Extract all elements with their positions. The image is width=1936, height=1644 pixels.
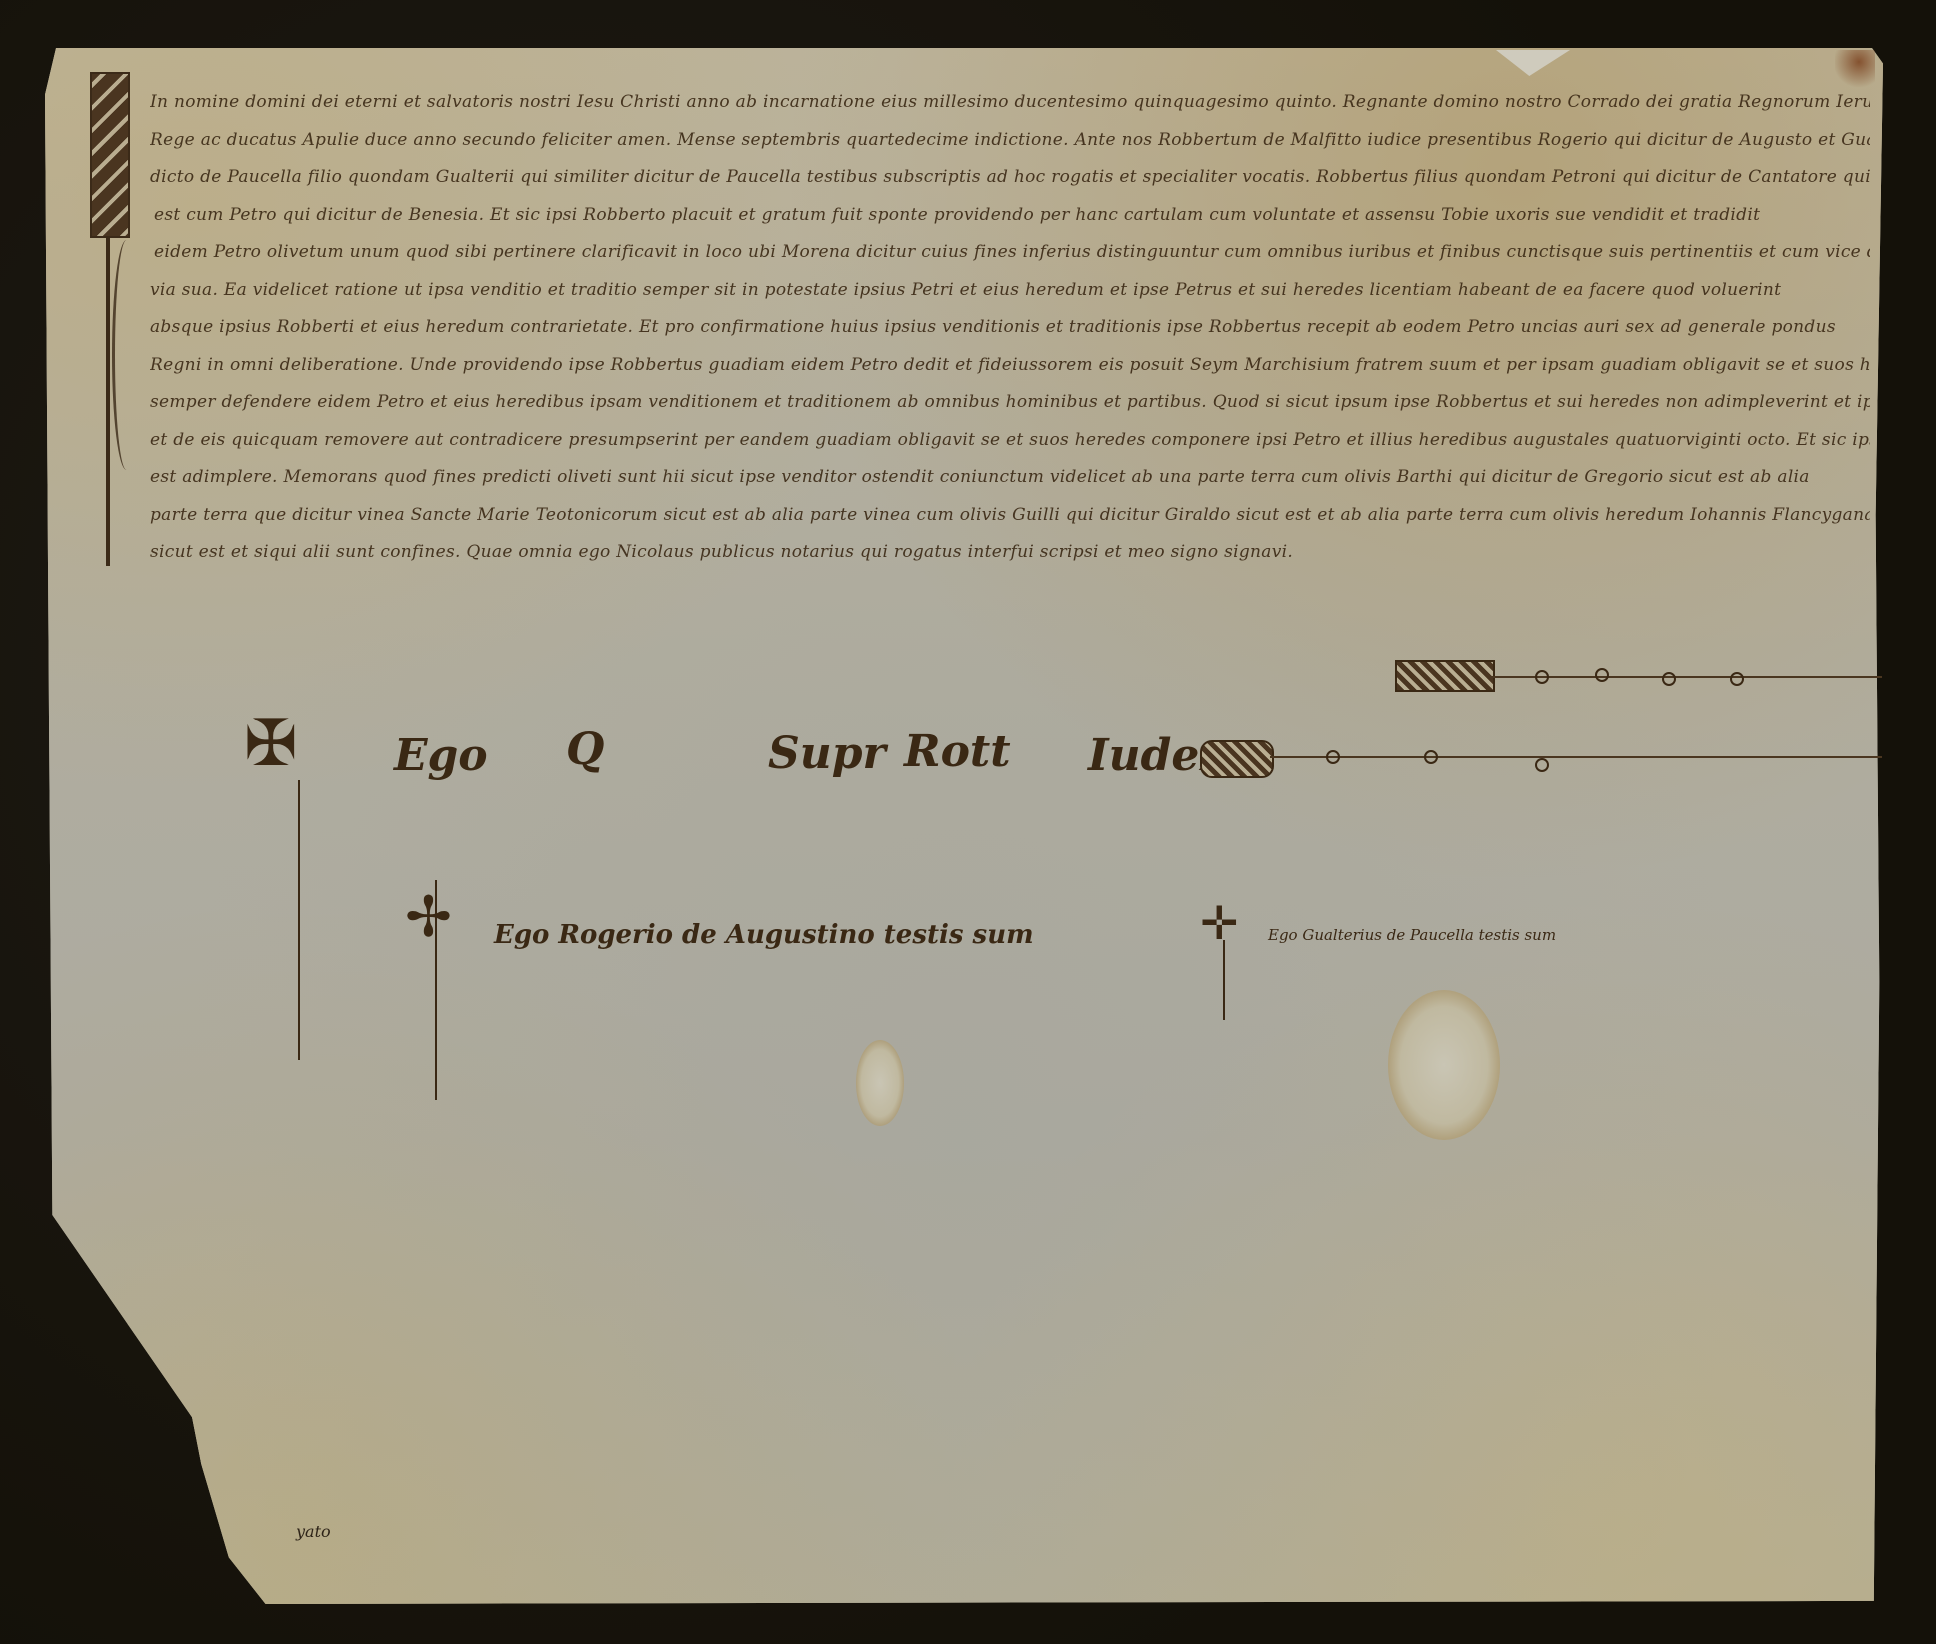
text-line: absque ipsius Robberti et eius heredum c… — [150, 309, 1870, 347]
signum-line — [1270, 756, 1882, 758]
subscription-letter: Q — [566, 724, 604, 775]
charter-text: In nomine domini dei eterni et salvatori… — [150, 84, 1870, 572]
witness-subscription: Ego Gualterius de Paucella testis sum — [1268, 926, 1556, 944]
decorated-initial-I — [90, 72, 130, 238]
text-line: Rege ac ducatus Apulie duce anno secundo… — [150, 122, 1870, 160]
signum-dot — [1595, 668, 1609, 682]
signum-line — [1492, 676, 1882, 678]
text-line: parte terra que dicitur vinea Sancte Mar… — [150, 497, 1870, 535]
witness-cross-icon: ✛ — [1200, 900, 1239, 946]
judge-signum-knot — [1200, 740, 1274, 778]
text-line: dicto de Paucella filio quondam Gualteri… — [150, 159, 1870, 197]
text-line: via sua. Ea videlicet ratione ut ipsa ve… — [150, 272, 1870, 310]
cross-signum-icon: ✠ — [244, 712, 298, 776]
text-line: In nomine domini dei eterni et salvatori… — [150, 84, 1870, 122]
initial-swirl-flourish — [112, 240, 141, 470]
witness-cross-stem — [1223, 940, 1225, 1020]
archive-note: yato — [296, 1522, 331, 1541]
text-line: semper defendere eidem Petro et eius her… — [150, 384, 1870, 422]
signum-dot — [1730, 672, 1744, 686]
notary-signum-knot — [1395, 660, 1495, 692]
signum-dot — [1424, 750, 1438, 764]
text-line: eidem Petro olivetum unum quod sibi pert… — [150, 234, 1870, 272]
signum-dot — [1662, 672, 1676, 686]
signum-dot — [1535, 758, 1549, 772]
witness-cross-icon: ✢ — [405, 890, 452, 946]
cross-stem — [298, 780, 300, 1060]
witness-subscription: Ego Rogerio de Augustino testis sum — [494, 920, 1034, 950]
text-line: et de eis quicquam removere aut contradi… — [150, 422, 1870, 460]
text-line: sicut est et siqui alii sunt confines. Q… — [150, 534, 1350, 572]
text-line: est cum Petro qui dicitur de Benesia. Et… — [150, 197, 1870, 235]
text-line: est adimplere. Memorans quod fines predi… — [150, 459, 1870, 497]
damage-hole — [856, 1040, 904, 1126]
subscription-letter: Rott — [904, 726, 1011, 777]
subscription-letter: Supr — [768, 728, 886, 779]
signum-dot — [1326, 750, 1340, 764]
initial-stem-flourish — [106, 236, 110, 566]
damage-hole — [1388, 990, 1500, 1140]
signum-dot — [1535, 670, 1549, 684]
text-line: Regni in omni deliberatione. Unde provid… — [150, 347, 1870, 385]
witness-cross-stem — [435, 880, 437, 1100]
subscription-letter: Ego — [394, 730, 488, 781]
